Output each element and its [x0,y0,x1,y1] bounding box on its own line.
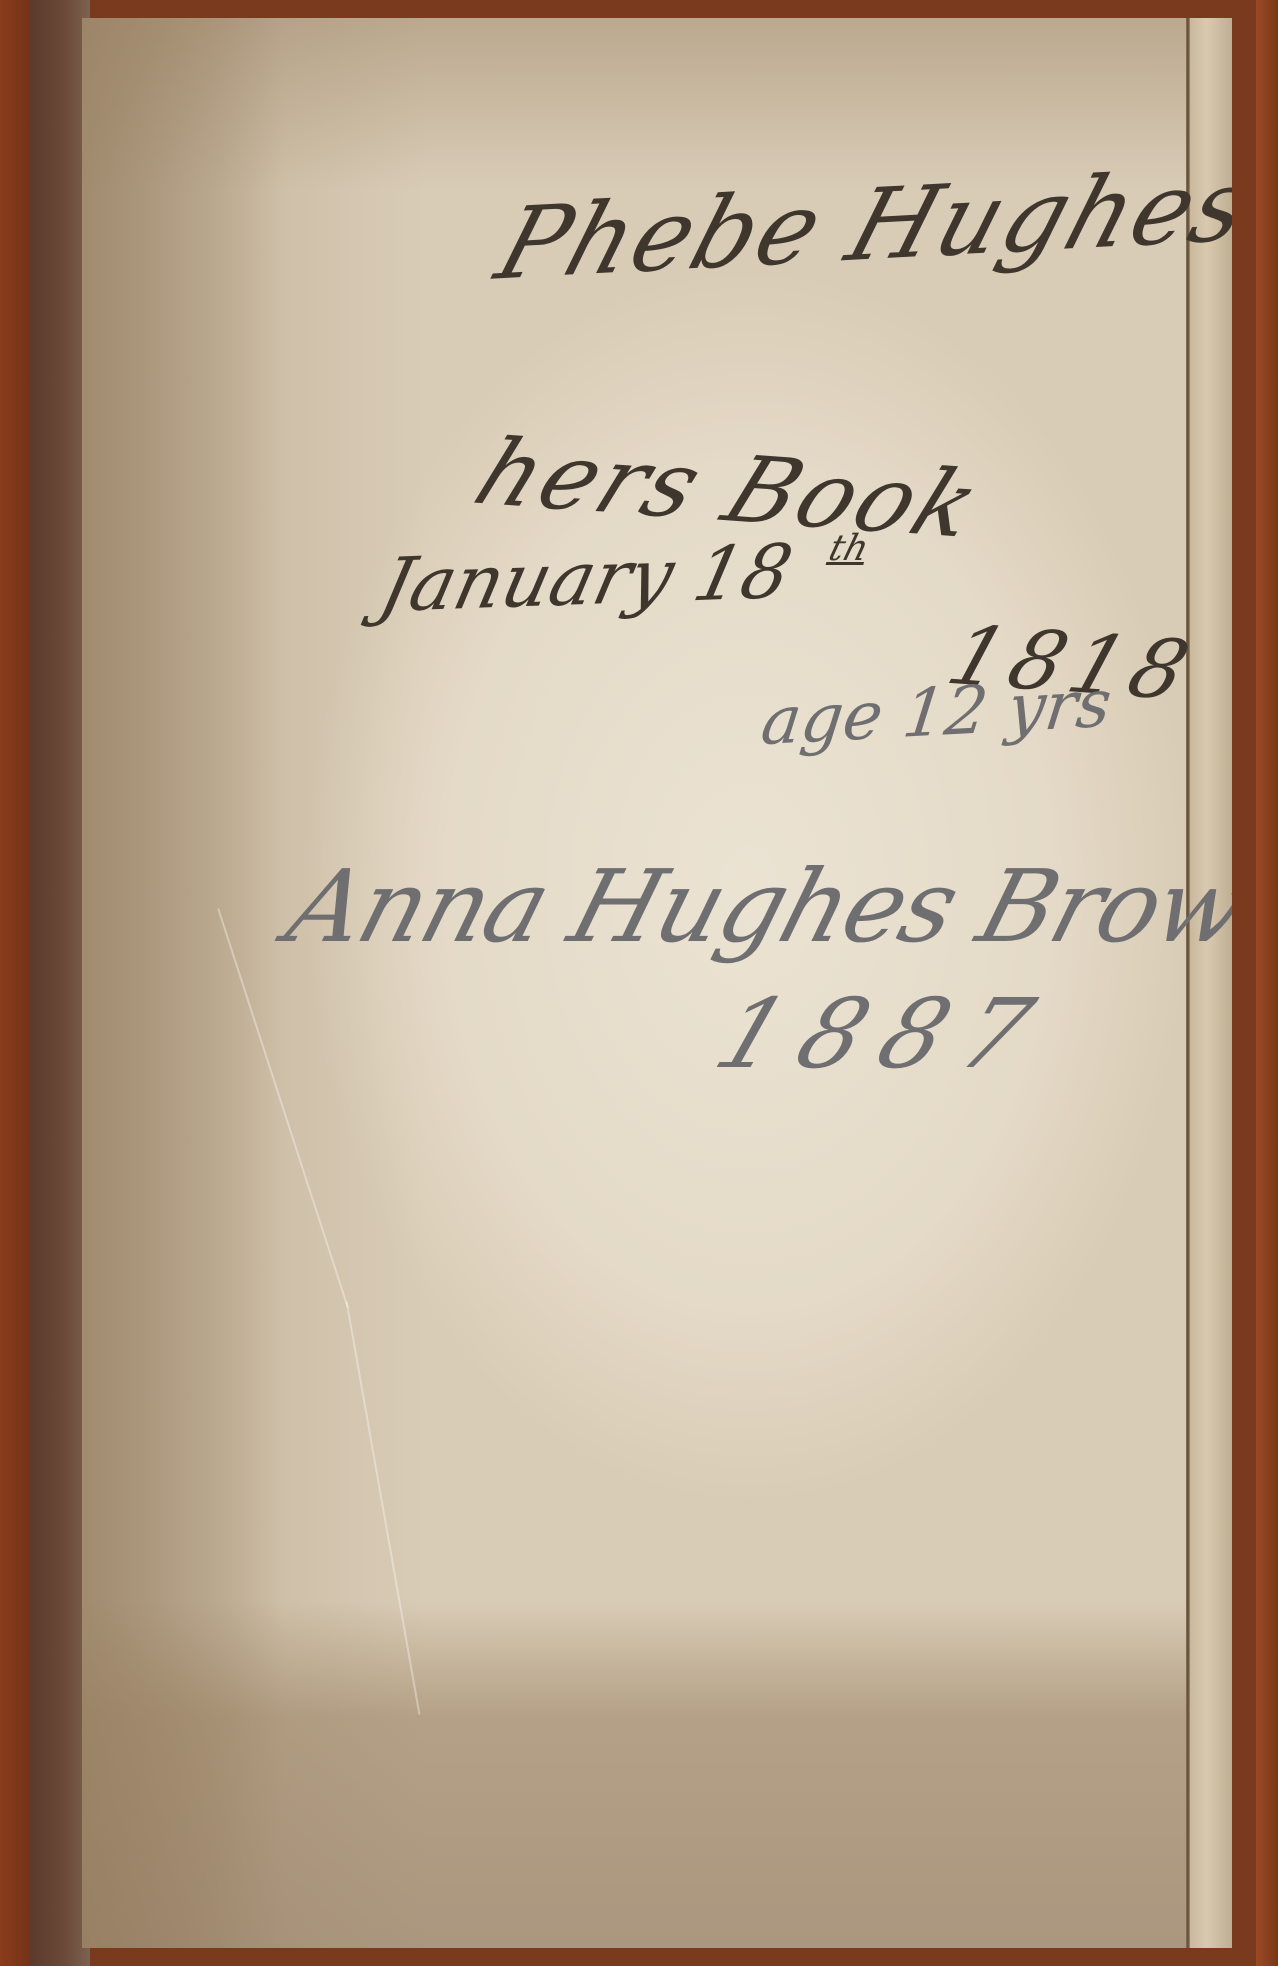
leather-cover-right-edge [1256,0,1278,1966]
inscription-later-owner: Anna Hughes Brown [275,848,1232,965]
flyleaf-edge [1190,18,1232,1948]
inscription-later-year: 1887 [702,978,1067,1090]
endpaper-page: Phebe Hughes hers Book January 18 th 181… [82,18,1232,1948]
leather-turn-in [30,0,90,1966]
inscription-date: January 18 [372,528,800,629]
